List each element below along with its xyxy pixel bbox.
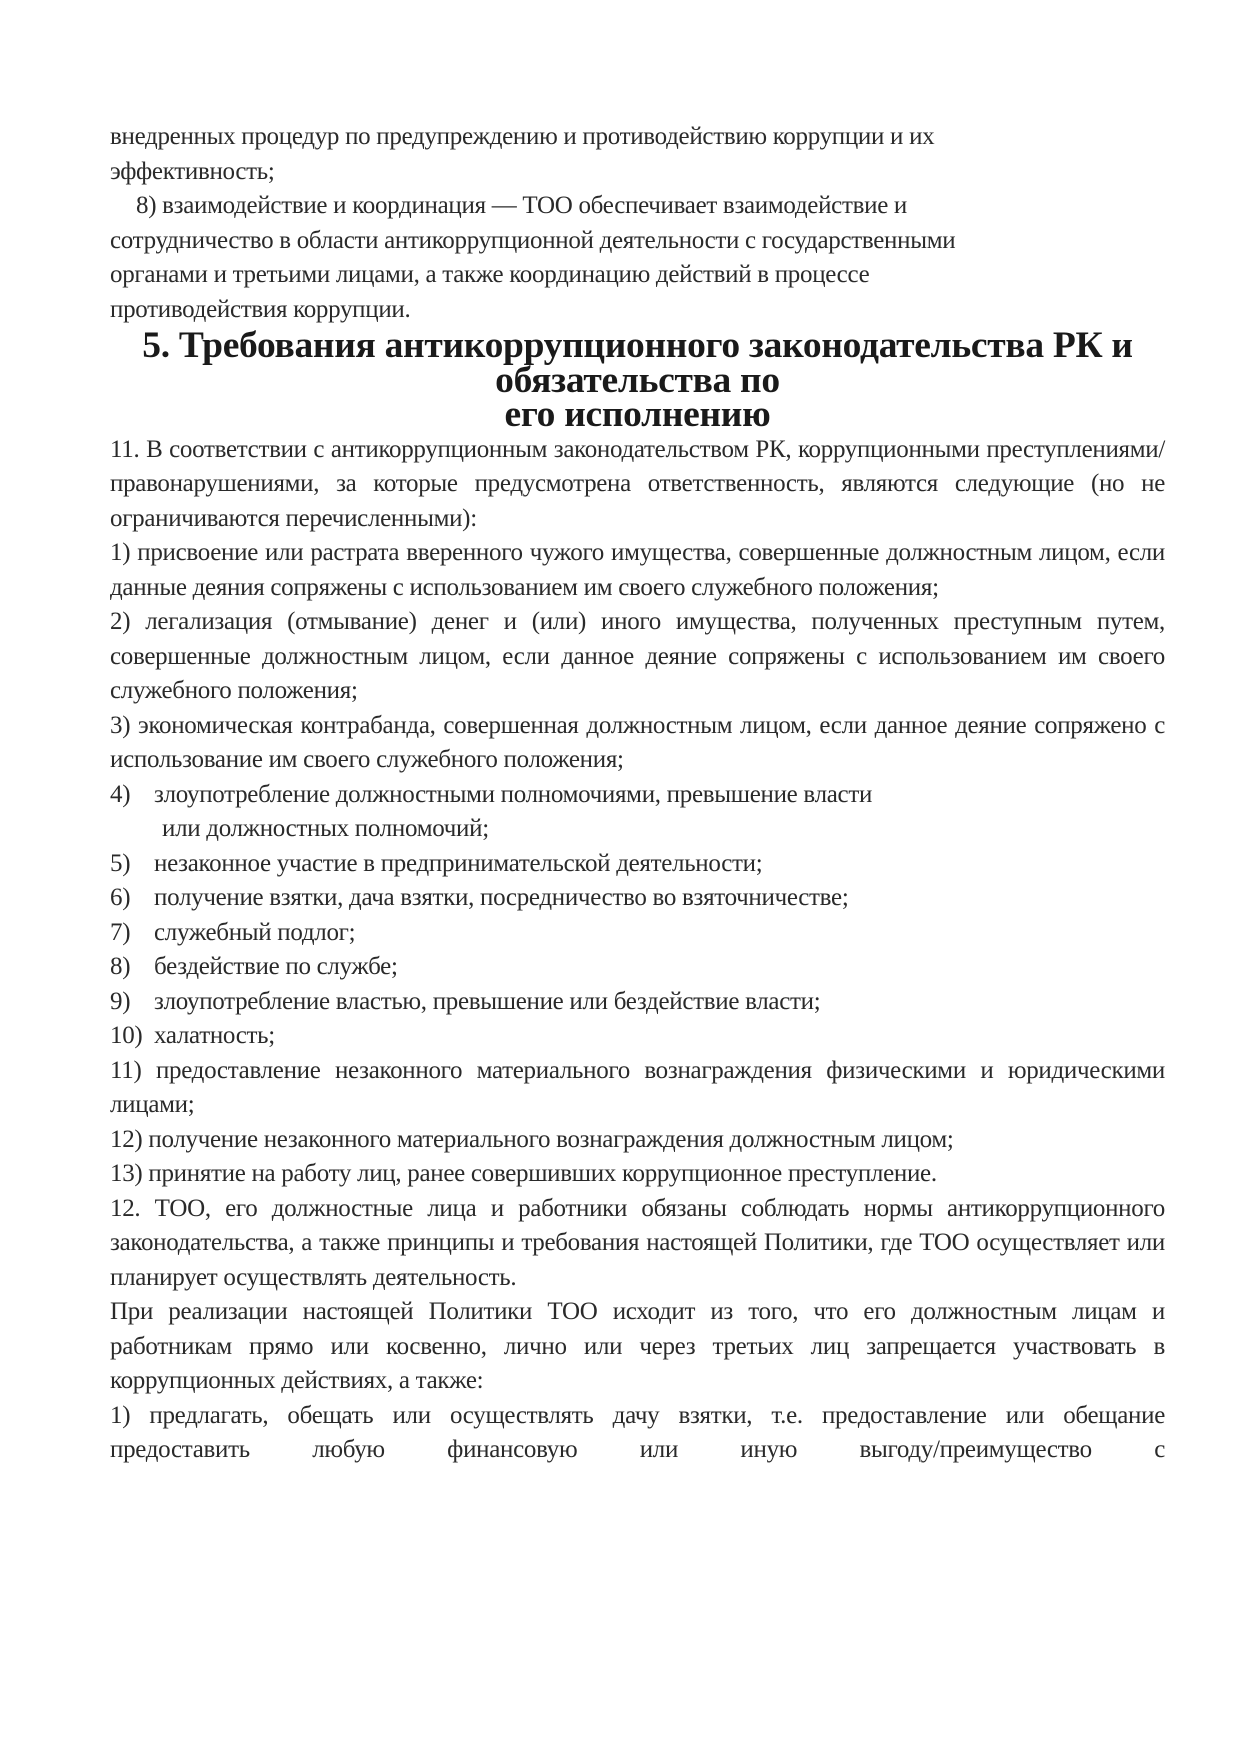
item-text: служебный подлог; (154, 916, 1165, 951)
item-number: 1) (110, 1402, 130, 1429)
clause-11-item-12: 12) получение незаконного материального … (110, 1123, 1165, 1158)
clause-11-text: 11. В соответствии с антикоррупционным з… (110, 433, 1165, 537)
item-number: 3) (110, 712, 130, 739)
item-number: 11) (110, 1057, 142, 1084)
item-number: 7) (110, 916, 154, 951)
item-number: 9) (110, 985, 154, 1020)
clause-12-text: 12. ТОО, его должностные лица и работник… (110, 1192, 1165, 1296)
clause-12-policy-text: При реализации настоящей Политики ТОО ис… (110, 1295, 1165, 1399)
section-5-heading: 5. Требования антикоррупционного законод… (110, 329, 1165, 433)
item-number: 1) (110, 539, 130, 566)
item-text: экономическая контрабанда, совершенная д… (110, 712, 1165, 774)
document-page: внедренных процедур по предупреждению и … (110, 120, 1165, 1468)
principle-8-line-4: противодействия коррупции. (110, 293, 1165, 328)
item-number: 8) (110, 950, 154, 985)
principle-8-paragraph: 8) взаимодействие и координация — ТОО об… (110, 189, 1165, 327)
clause-11-item-9: 9) злоупотребление властью, превышение и… (110, 985, 1165, 1020)
item-number: 10) (110, 1019, 154, 1054)
item-text: предлагать, обещать или осуществлять дач… (110, 1402, 1165, 1464)
principle-8-line-3: органами и третьими лицами, а также коор… (110, 258, 1165, 293)
item-text: бездействие по службе; (154, 950, 1165, 985)
clause-11-item-2: 2) легализация (отмывание) денег и (или)… (110, 605, 1165, 709)
item-number: 12) (110, 1126, 142, 1153)
clause-11-item-6: 6) получение взятки, дача взятки, посред… (110, 881, 1165, 916)
section-5-heading-line-2: его исполнению (110, 398, 1165, 433)
clause-11-item-13: 13) принятие на работу лиц, ранее соверш… (110, 1157, 1165, 1192)
clause-11-item-1: 1) присвоение или растрата вверенного чу… (110, 536, 1165, 605)
item-text: легализация (отмывание) денег и (или) ин… (110, 608, 1165, 704)
item-text: присвоение или растрата вверенного чужог… (110, 539, 1165, 601)
item-text: злоупотребление должностными полномочиям… (154, 778, 1165, 813)
item-text: незаконное участие в предпринимательской… (154, 847, 1165, 882)
clause-11-item-5: 5) незаконное участие в предпринимательс… (110, 847, 1165, 882)
intro-line-1: внедренных процедур по предупреждению и … (110, 120, 1165, 155)
item-number: 13) (110, 1160, 142, 1187)
item-number: 4) (110, 778, 154, 813)
principle-8-line-1: 8) взаимодействие и координация — ТОО об… (110, 189, 1165, 224)
item-text: предоставление незаконного материального… (110, 1057, 1165, 1119)
item-number: 6) (110, 881, 154, 916)
clause-11-item-8: 8) бездействие по службе; (110, 950, 1165, 985)
clause-11-item-3: 3) экономическая контрабанда, совершенна… (110, 709, 1165, 778)
clause-11-item-4-continuation: или должностных полномочий; (110, 812, 1165, 847)
section-5-heading-line-1: 5. Требования антикоррупционного законод… (110, 329, 1165, 398)
item-number: 5) (110, 847, 154, 882)
clause-11-item-7: 7) служебный подлог; (110, 916, 1165, 951)
clause-11-item-4: 4) злоупотребление должностными полномоч… (110, 778, 1165, 813)
item-text: халатность; (154, 1019, 1165, 1054)
item-number: 2) (110, 608, 130, 635)
item-text: принятие на работу лиц, ранее совершивши… (148, 1160, 936, 1187)
item-text: получение взятки, дача взятки, посреднич… (154, 881, 1165, 916)
item-text: злоупотребление властью, превышение или … (154, 985, 1165, 1020)
clause-11-item-11: 11) предоставление незаконного материаль… (110, 1054, 1165, 1123)
principle-8-line-2: сотрудничество в области антикоррупционн… (110, 224, 1165, 259)
item-text: получение незаконного материального возн… (148, 1126, 953, 1153)
clause-11-item-10: 10) халатность; (110, 1019, 1165, 1054)
clause-12-item-1: 1) предлагать, обещать или осуществлять … (110, 1399, 1165, 1468)
intro-line-2: эффективность; (110, 155, 1165, 190)
